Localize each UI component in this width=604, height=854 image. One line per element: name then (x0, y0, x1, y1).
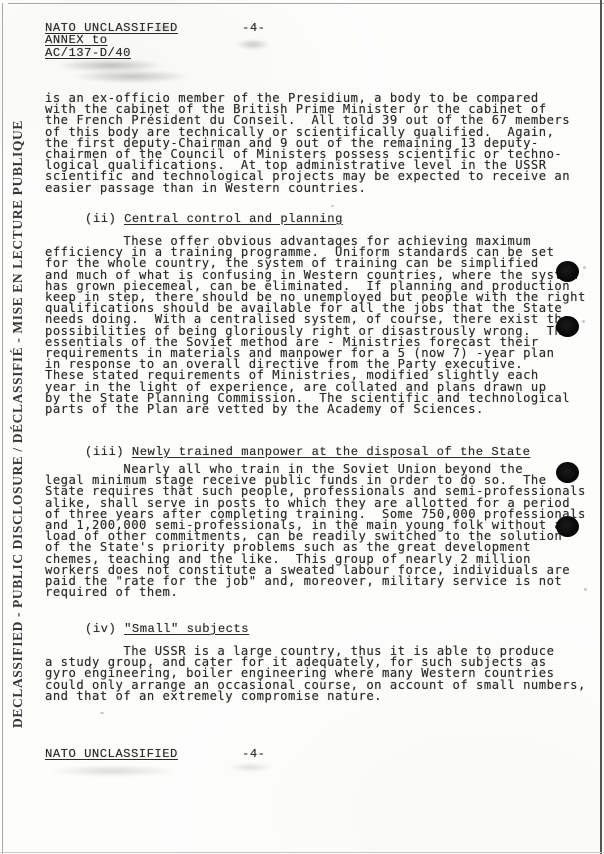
scan-smudge (48, 765, 178, 777)
paragraph-small-subjects: The USSR is a large country, thus it is … (45, 646, 586, 702)
scan-speck (100, 712, 104, 714)
section-heading-iv: (iv) "Small" subjects (85, 624, 249, 635)
paragraph-central-control: These offer obvious advantages for achie… (45, 236, 586, 415)
scan-edge-right (600, 0, 602, 854)
scan-edge-top (8, 3, 604, 4)
scan-speck (582, 320, 585, 323)
section-iv-number: (iv) (85, 622, 116, 636)
document-footer: NATO UNCLASSIFIED (45, 749, 178, 760)
section-iv-title: "Small" subjects (124, 622, 249, 636)
hole-punch-dot (556, 516, 579, 537)
declassification-stamp: DECLASSIFIED - PUBLIC DISCLOSURE / DÉCLA… (10, 120, 26, 728)
hole-punch-dot (556, 261, 579, 282)
scan-speck (331, 205, 334, 207)
section-heading-ii: (ii) Central control and planning (85, 214, 343, 225)
page-number-bottom: -4- (242, 749, 265, 760)
paragraph-trained-manpower: Nearly all who train in the Soviet Union… (45, 464, 586, 598)
document-header: NATO UNCLASSIFIED ANNEX to AC/137-D/40 (45, 22, 178, 59)
paragraph-intro: is an ex-officio member of the Presidium… (45, 93, 570, 194)
scan-smudge (58, 59, 163, 72)
page-number-top: -4- (242, 23, 265, 34)
header-annex-line1: ANNEX to (45, 34, 178, 46)
footer-classification: NATO UNCLASSIFIED (45, 749, 178, 760)
scan-speck (584, 588, 587, 591)
hole-punch-dot (556, 462, 579, 483)
scan-smudge (236, 39, 270, 50)
scan-edge-bottom (0, 852, 604, 853)
section-iii-number: (iii) (85, 445, 124, 459)
scanned-document-page: DECLASSIFIED - PUBLIC DISCLOSURE / DÉCLA… (0, 0, 604, 854)
section-heading-iii: (iii) Newly trained manpower at the disp… (85, 447, 530, 458)
hole-punch-dot (556, 316, 579, 337)
section-ii-number: (ii) (85, 212, 116, 226)
scan-edge-left (2, 3, 3, 854)
section-iii-title: Newly trained manpower at the disposal o… (132, 445, 531, 459)
scan-smudge (228, 763, 272, 772)
scan-smudge (74, 70, 189, 83)
header-annex-line2: AC/137-D/40 (45, 47, 178, 59)
section-ii-title: Central control and planning (124, 212, 343, 226)
scan-speck (583, 266, 586, 269)
